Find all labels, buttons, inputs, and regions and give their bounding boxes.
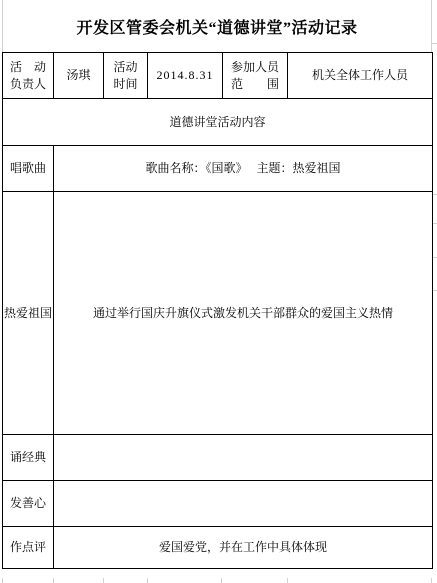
gridline-artifact	[431, 43, 437, 44]
gridline-artifact	[431, 0, 432, 52]
row-label: 诵经典	[3, 435, 54, 481]
participants-label-line1: 参加人员	[223, 59, 287, 76]
owner-label-line1: 活 动	[3, 59, 53, 76]
section-header-row: 道德讲堂活动内容	[3, 99, 433, 146]
owner-label-line2: 负责人	[3, 76, 53, 93]
table-row-sing-song: 唱歌曲 歌曲名称：《国歌》 主题：热爱祖国	[3, 146, 433, 192]
table-row-love-country: 热爱祖国 通过举行国庆升旗仪式激发机关干部群众的爱国主义热情	[3, 192, 433, 435]
gridline-artifact	[53, 578, 54, 583]
time-label-line1: 活动	[104, 59, 147, 76]
participants-label-line2: 范 围	[223, 76, 287, 93]
gridline-artifact	[2, 578, 3, 583]
time-label-line2: 时间	[104, 76, 147, 93]
row-label: 作点评	[3, 527, 54, 569]
row-label: 发善心	[3, 481, 54, 527]
gridline-artifact	[431, 578, 432, 583]
gridline-artifact	[433, 223, 437, 224]
time-label-cell: 活动 时间	[104, 53, 148, 99]
gridline-artifact	[2, 0, 3, 52]
gridline-artifact	[103, 578, 104, 583]
row-label: 唱歌曲	[3, 146, 54, 192]
owner-label-cell: 活 动 负责人	[3, 53, 54, 99]
row-content: 通过举行国庆升旗仪式激发机关干部群众的爱国主义热情	[54, 192, 433, 435]
gridline-artifact	[221, 578, 222, 583]
info-row: 活 动 负责人 汤琪 活动 时间 2014.8.31 参加人员 范 围 机关全体…	[3, 53, 433, 99]
row-content	[54, 481, 433, 527]
gridline-artifact	[147, 578, 148, 583]
gridline-artifact	[287, 578, 288, 583]
section-header-cell: 道德讲堂活动内容	[3, 99, 433, 146]
table-row-show-kindness: 发善心	[3, 481, 433, 527]
gridline-artifact	[433, 257, 437, 258]
document-page: 开发区管委会机关“道德讲堂”活动记录 活 动 负责人 汤琪 活动 时间 2014…	[0, 0, 437, 583]
participants-value-cell: 机关全体工作人员	[288, 53, 433, 99]
row-content: 爱国爱党，并在工作中具体体现	[54, 527, 433, 569]
table-row-recite-classics: 诵经典	[3, 435, 433, 481]
owner-value-cell: 汤琪	[54, 53, 104, 99]
time-value-cell: 2014.8.31	[148, 53, 223, 99]
row-content: 歌曲名称：《国歌》 主题：热爱祖国	[54, 146, 433, 192]
document-title: 开发区管委会机关“道德讲堂”活动记录	[2, 0, 432, 52]
row-content	[54, 435, 433, 481]
participants-label-cell: 参加人员 范 围	[223, 53, 288, 99]
row-label: 热爱祖国	[3, 192, 54, 435]
gridline-artifact	[433, 290, 437, 291]
gridline-artifact	[433, 194, 437, 195]
activity-record-table: 活 动 负责人 汤琪 活动 时间 2014.8.31 参加人员 范 围 机关全体…	[2, 52, 433, 569]
table-row-make-comments: 作点评 爱国爱党，并在工作中具体体现	[3, 527, 433, 569]
